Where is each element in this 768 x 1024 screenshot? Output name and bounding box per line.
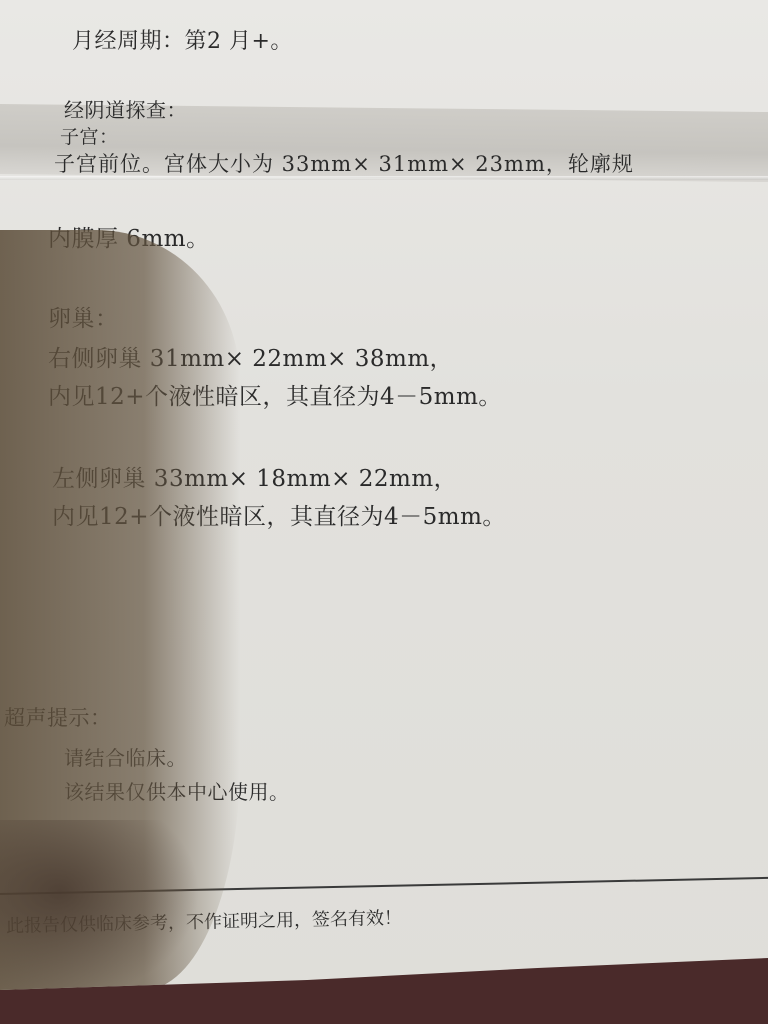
left-ovary-size: 左侧卵巢 33mm× 18mm× 22mm， [52, 460, 457, 493]
impression-heading: 超声提示： [4, 702, 112, 732]
uterus-heading: 子宫： [60, 122, 119, 149]
uterus-description: 子宫前位。宫体大小为 33mm× 31mm× 23mm，轮廓规 [54, 148, 634, 178]
ovaries-heading: 卵巢： [48, 300, 119, 333]
right-ovary-follicles: 内见12+个液性暗区，其直径为4－5mm。 [48, 378, 502, 411]
report-paper: 月经周期：第2 月+。 经阴道探查： 子宫： 子宫前位。宫体大小为 33mm× … [0, 0, 768, 1000]
exam-method: 经阴道探查： [64, 94, 187, 123]
menstrual-cycle: 月经周期：第2 月+。 [72, 24, 293, 55]
impression-line-1: 请结合临床。 [64, 742, 187, 771]
right-ovary-size: 右侧卵巢 31mm× 22mm× 38mm， [48, 340, 453, 373]
impression-line-2: 该结果仅供本中心使用。 [64, 776, 290, 805]
left-ovary-follicles: 内见12+个液性暗区，其直径为4－5mm。 [52, 498, 506, 531]
footer-disclaimer: 此报告仅供临床参考，不作证明之用，签名有效！ [6, 904, 402, 938]
endometrium-thickness: 内膜厚 6mm。 [48, 220, 210, 253]
footer-divider [0, 877, 768, 895]
